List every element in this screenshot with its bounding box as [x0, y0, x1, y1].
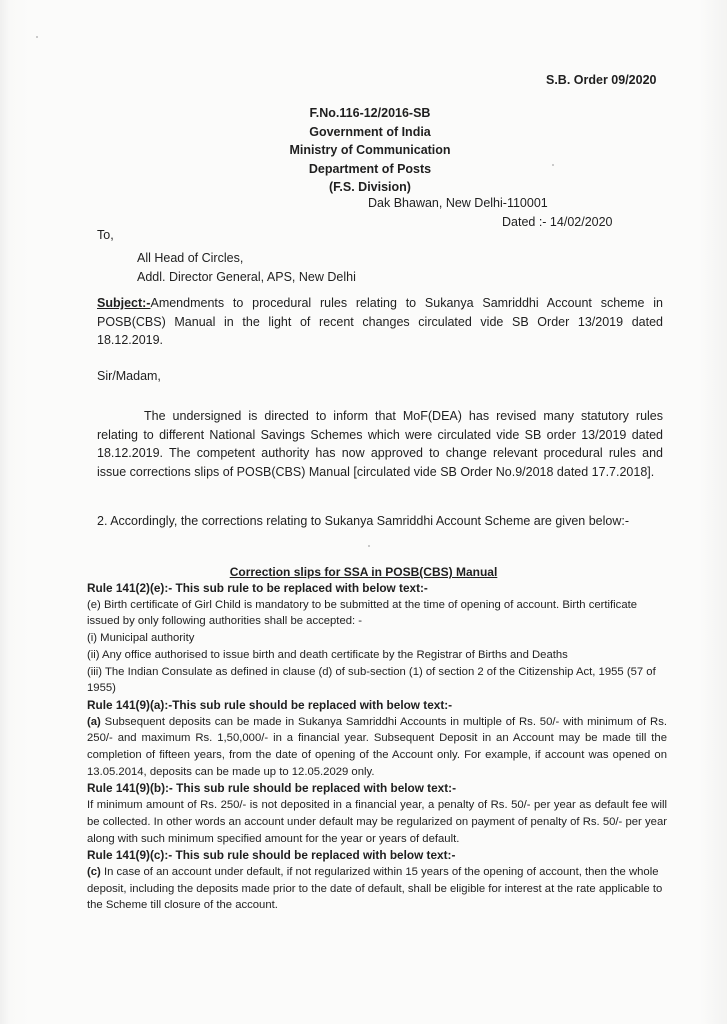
rule-heading: Rule 141(9)(c):- This sub rule should be… [87, 847, 667, 864]
scan-speck [36, 36, 38, 38]
rule-heading: Rule 141(9)(b):- This sub rule should be… [87, 780, 667, 797]
salutation: Sir/Madam, [97, 369, 161, 383]
letterhead-line: Government of India [280, 123, 460, 142]
rule-text: If minimum amount of Rs. 250/- is not de… [87, 797, 667, 847]
recipient: All Head of Circles, [137, 249, 356, 268]
rule-heading: Rule 141(9)(a):-This sub rule should be … [87, 697, 667, 714]
letterhead: F.No.116-12/2016-SB Government of India … [280, 104, 460, 197]
rule-heading: Rule 141(2)(e):- This sub rule to be rep… [87, 580, 667, 597]
rule-line: (i) Municipal authority [87, 630, 667, 647]
rule-line: (e) Birth certificate of Girl Child is m… [87, 597, 667, 630]
subject: Subject:-Amendments to procedural rules … [97, 294, 663, 350]
rule-lead: (a) [87, 716, 101, 728]
letterhead-line: Ministry of Communication [280, 141, 460, 160]
rule-text: (c) In case of an account under default,… [87, 864, 667, 914]
to-label: To, [97, 228, 114, 242]
rule-text: (a) Subsequent deposits can be made in S… [87, 714, 667, 781]
recipient: Addl. Director General, APS, New Delhi [137, 268, 356, 287]
subject-label: Subject:- [97, 296, 150, 310]
correction-slips-title: Correction slips for SSA in POSB(CBS) Ma… [0, 565, 727, 579]
letterhead-line: Department of Posts [280, 160, 460, 179]
scan-speck [552, 164, 554, 166]
date-line: Dated :- 14/02/2020 [502, 215, 613, 229]
correction-rules: Rule 141(2)(e):- This sub rule to be rep… [87, 580, 667, 914]
office-address: Dak Bhawan, New Delhi-110001 [368, 196, 548, 210]
rule-body: Subsequent deposits can be made in Sukan… [87, 716, 667, 778]
rule-line: (iii) The Indian Consulate as defined in… [87, 664, 667, 697]
body-paragraph-1: The undersigned is directed to inform th… [97, 407, 663, 481]
scanned-page: S.B. Order 09/2020 F.No.116-12/2016-SB G… [0, 0, 727, 1024]
letterhead-line: (F.S. Division) [280, 178, 460, 197]
rule-line: (ii) Any office authorised to issue birt… [87, 647, 667, 664]
order-number: S.B. Order 09/2020 [546, 73, 656, 87]
scan-speck [368, 545, 370, 547]
subject-text: Amendments to procedural rules relating … [97, 296, 663, 347]
recipients: All Head of Circles, Addl. Director Gene… [137, 249, 356, 287]
rule-lead: (c) [87, 866, 101, 878]
body-paragraph-2: 2. Accordingly, the corrections relating… [97, 514, 629, 528]
rule-body: In case of an account under default, if … [87, 866, 662, 911]
file-number: F.No.116-12/2016-SB [280, 104, 460, 123]
